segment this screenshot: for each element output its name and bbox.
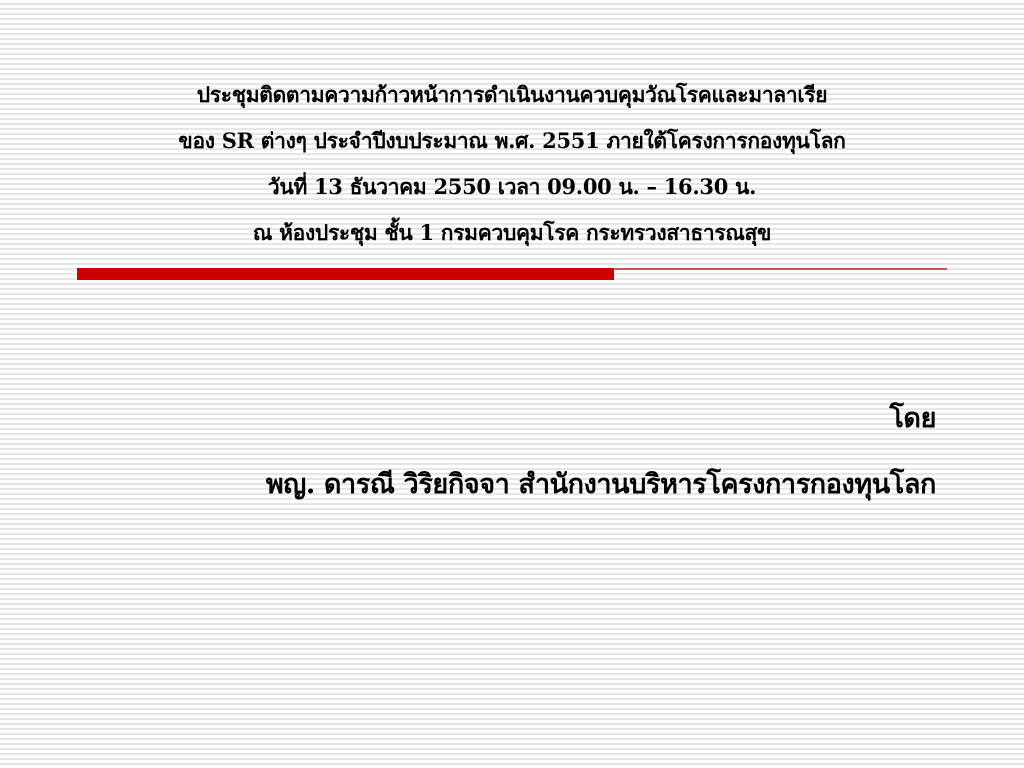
- title-divider: [77, 267, 947, 281]
- presentation-slide: ประชุมติดตามความก้าวหน้าการดำเนินงานควบค…: [0, 0, 1024, 768]
- byline-label: โดย: [889, 396, 936, 439]
- title-line-venue: ณ ห้องประชุม ชั้น 1 กรมควบคุมโรค กระทรวง…: [60, 210, 964, 256]
- title-line-datetime: วันที่ 13 ธันวาคม 2550 เวลา 09.00 น. – 1…: [60, 164, 964, 210]
- divider-thin-line: [614, 268, 947, 270]
- slide-title: ประชุมติดตามความก้าวหน้าการดำเนินงานควบค…: [60, 72, 964, 256]
- title-line-scope: ของ SR ต่างๆ ประจำปีงบประมาณ พ.ศ. 2551 ภ…: [60, 118, 964, 164]
- presenter-name: พญ. ดารณี วิริยกิจจา สำนักงานบริหารโครงก…: [266, 462, 936, 505]
- divider-red-bar: [77, 268, 614, 280]
- title-line-meeting: ประชุมติดตามความก้าวหน้าการดำเนินงานควบค…: [60, 72, 964, 118]
